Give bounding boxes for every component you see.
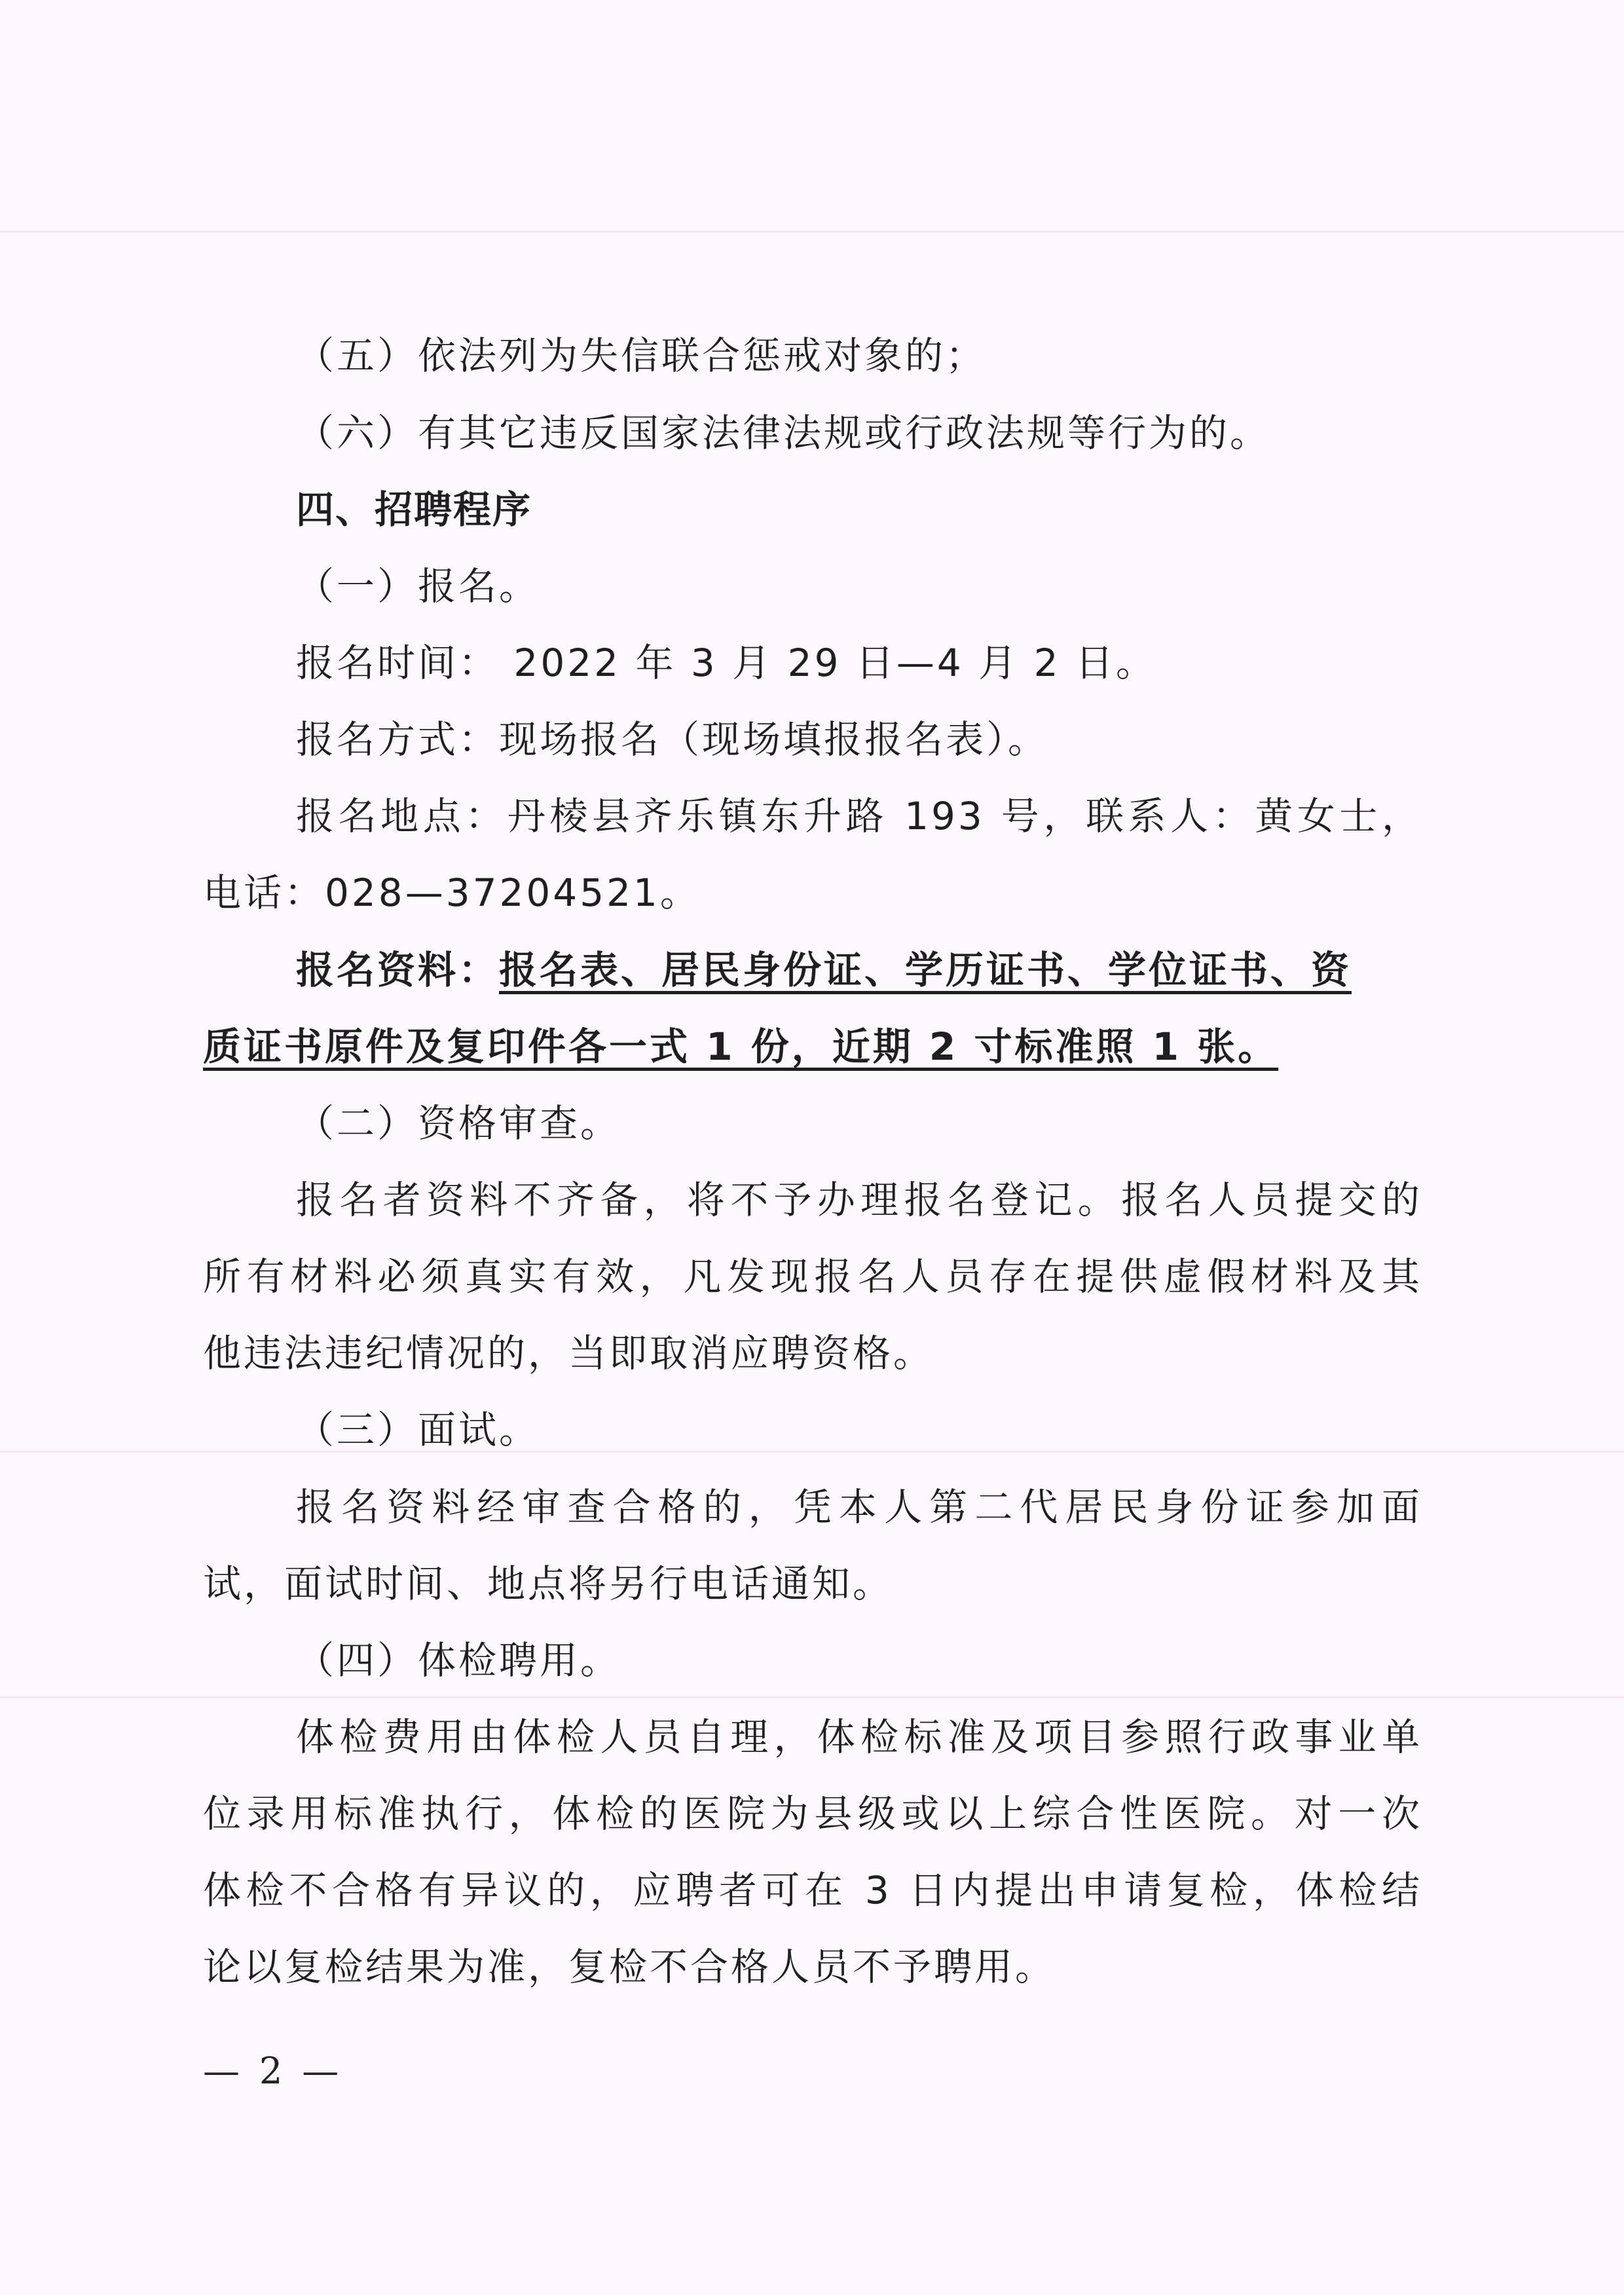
interview-paragraph-line-2: 试，面试时间、地点将另行电话通知。 xyxy=(203,1561,893,1607)
registration-time: 报名时间： 2022 年 3 月 29 日—4 月 2 日。 xyxy=(296,640,1156,686)
review-paragraph-line-2: 所有材料必须真实有效，凡发现报名人员存在提供虚假材料及其 xyxy=(203,1254,1422,1299)
exam-paragraph-line-4: 论以复检结果为准，复检不合格人员不予聘用。 xyxy=(203,1944,1056,1990)
page-number: — 2 — xyxy=(203,2049,342,2095)
registration-place-line-1: 报名地点：丹棱县齐乐镇东升路 193 号，联系人：黄女士， xyxy=(296,793,1422,839)
registration-materials-text-cont: 质证书原件及复印件各一式 1 份，近期 2 寸标准照 1 张。 xyxy=(203,1024,1278,1069)
subsection-heading-qualification-review: （二）资格审查。 xyxy=(296,1100,621,1146)
scan-artifact-band xyxy=(0,1451,1624,1453)
registration-place-line-2: 电话：028—37204521。 xyxy=(203,870,701,916)
subsection-heading-registration: （一）报名。 xyxy=(296,563,540,609)
registration-materials-line-1: 报名资料：报名表、居民身份证、学历证书、学位证书、资 xyxy=(296,947,1352,993)
list-item-6: （六）有其它违反国家法律法规或行政法规等行为的。 xyxy=(296,410,1270,456)
exam-paragraph-line-2: 位录用标准执行，体检的医院为县级或以上综合性医院。对一次 xyxy=(203,1791,1422,1837)
subsection-heading-interview: （三）面试。 xyxy=(296,1407,540,1453)
registration-materials-text: 报名表、居民身份证、学历证书、学位证书、资 xyxy=(499,948,1352,992)
list-item-5: （五）依法列为失信联合惩戒对象的； xyxy=(296,333,986,379)
interview-paragraph-line-1: 报名资料经审查合格的，凭本人第二代居民身份证参加面 xyxy=(296,1484,1422,1530)
registration-materials-label: 报名资料： xyxy=(296,948,499,992)
exam-paragraph-line-3: 体检不合格有异议的，应聘者可在 3 日内提出申请复检，体检结 xyxy=(203,1867,1422,1913)
review-paragraph-line-1: 报名者资料不齐备，将不予办理报名登记。报名人员提交的 xyxy=(296,1177,1422,1223)
exam-paragraph-line-1: 体检费用由体检人员自理，体检标准及项目参照行政事业单 xyxy=(296,1714,1422,1760)
subsection-heading-medical-exam: （四）体检聘用。 xyxy=(296,1637,621,1683)
registration-materials-line-2: 质证书原件及复印件各一式 1 份，近期 2 寸标准照 1 张。 xyxy=(203,1024,1278,1070)
scan-artifact-band xyxy=(0,231,1624,233)
section-heading-recruitment-procedure: 四、招聘程序 xyxy=(296,487,532,532)
scan-artifact-band xyxy=(0,1696,1624,1698)
review-paragraph-line-3: 他违法违纪情况的，当即取消应聘资格。 xyxy=(203,1330,934,1376)
registration-method: 报名方式：现场报名（现场填报报名表）。 xyxy=(296,717,1048,762)
